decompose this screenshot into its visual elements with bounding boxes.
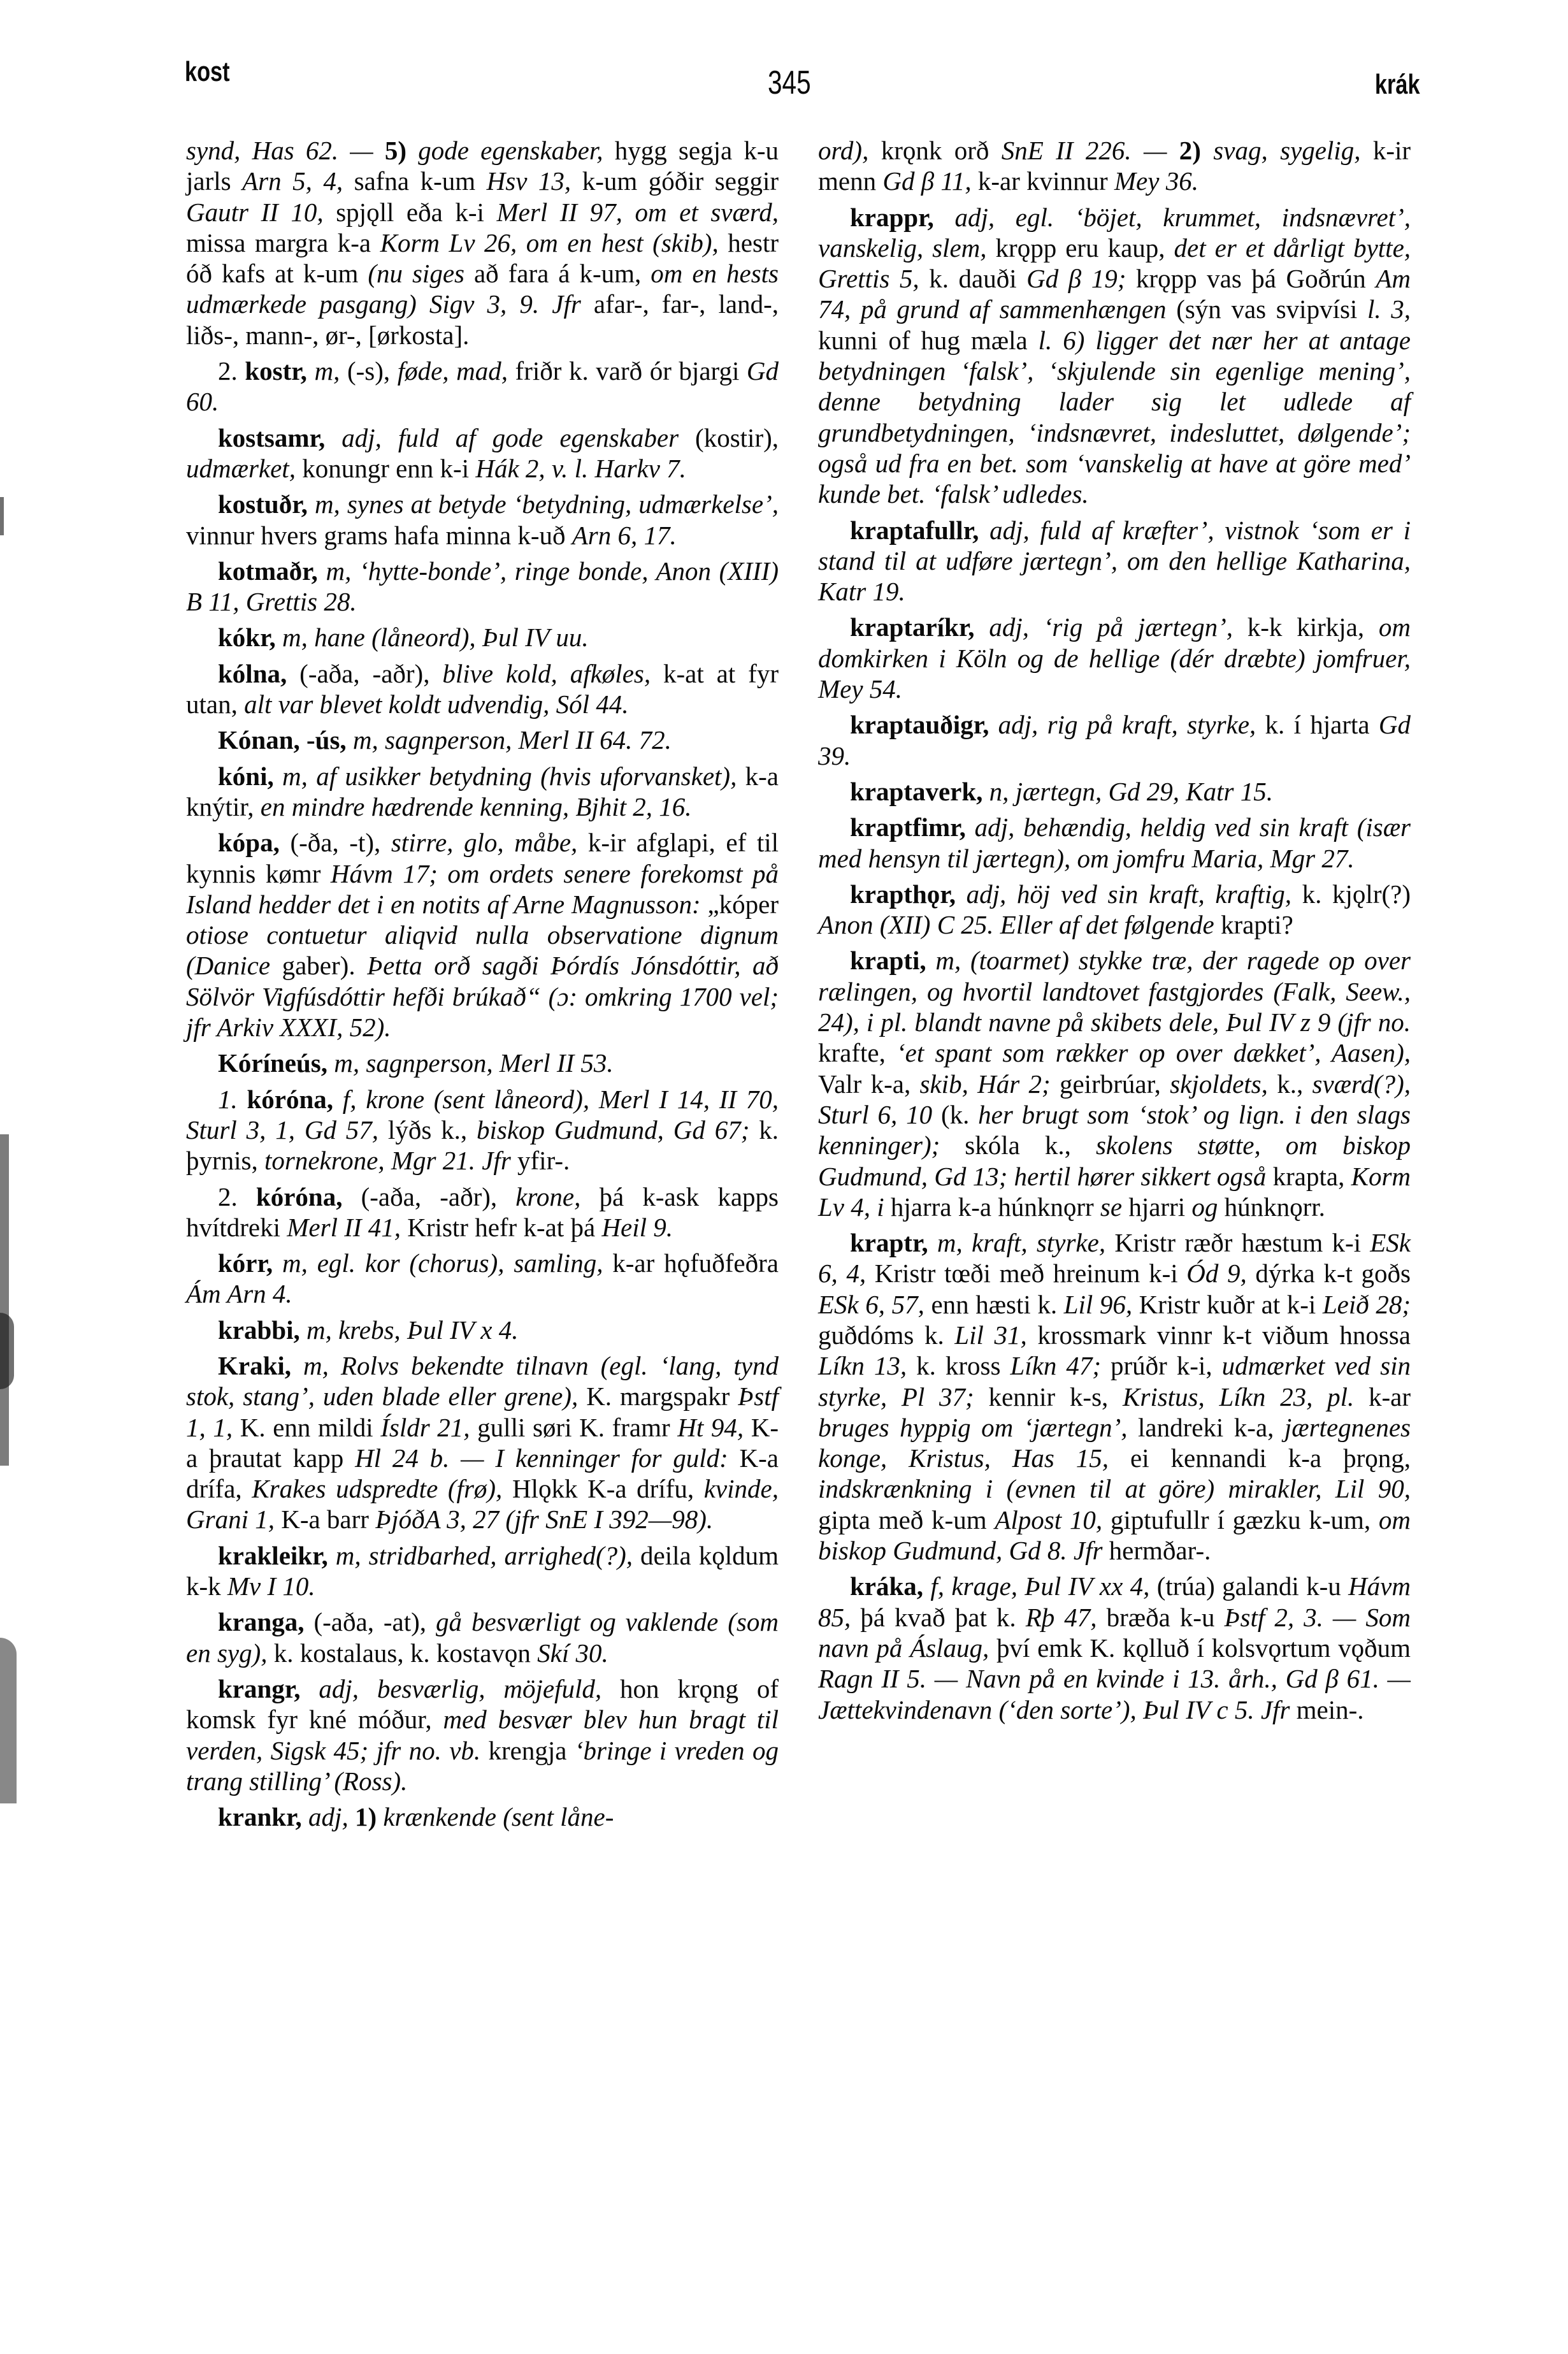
headword: kotmaðr, [218, 556, 318, 586]
gloss-text: Líkn 47; [1010, 1351, 1101, 1380]
gloss-text: Líkn 13, [818, 1351, 907, 1380]
dictionary-entry: kostuðr, m, synes at betyde ‘betydning, … [186, 489, 779, 551]
citation-text: k-k kirkja, [1233, 612, 1379, 642]
headword: kóróna, [256, 1182, 343, 1211]
gloss-text: Merl II 41, [287, 1213, 401, 1242]
citation-text: giptufullr í gæzku k-um, [1102, 1505, 1379, 1534]
gloss-text: se [1100, 1192, 1122, 1222]
citation-text: Kristr ræðr hæstum k-i [1105, 1228, 1370, 1257]
headword: kranga, [218, 1607, 305, 1636]
dictionary-entry: krappr, adj, egl. ‘böjet, krummet, indsn… [818, 202, 1411, 510]
dictionary-entry: krangr, adj, besværlig, möjefuld, hon kr… [186, 1673, 779, 1796]
citation-text: hermðar-. [1102, 1536, 1211, 1565]
gloss-text: Merl II 97, om et sværd, [497, 198, 779, 227]
citation-text: hjarra k-a húnknǫrr [884, 1192, 1100, 1222]
citation-text: k. kross [907, 1351, 1010, 1380]
gloss-text: blive kold, afkøles, [442, 659, 651, 688]
citation-text: k-ar hǫfuðfeðra [603, 1248, 779, 1278]
gloss-text: m, hane (låneord), Þul IV uu. [276, 623, 589, 652]
running-head-left-guideword: kost [185, 56, 230, 88]
dictionary-entry: kórr, m, egl. kor (chorus), samling, k-a… [186, 1248, 779, 1310]
gloss-text: m, synes at betyde ‘betydning, udmærkels… [308, 489, 779, 519]
dictionary-entry: kraptafullr, adj, fuld af kræfter’, vist… [818, 515, 1411, 607]
gloss-text: l. 3, [1367, 294, 1411, 324]
citation-text: bræða k-u [1097, 1603, 1225, 1632]
citation-text: Valr k-a, [818, 1069, 920, 1099]
dictionary-entry: kraptfimr, adj, behændig, heldig ved sin… [818, 812, 1411, 874]
citation-text: enn hæsti k. [924, 1290, 1064, 1319]
headword: Kónan, -ús, [218, 725, 347, 755]
citation-text: ei kennandi k-a þrǫng, [1109, 1443, 1411, 1473]
headword: kraptaverk, [850, 777, 982, 806]
headword: kostuðr, [218, 489, 308, 519]
dictionary-entry: Kraki, m, Rolvs bekendte tilnavn (egl. ‘… [186, 1350, 779, 1535]
gloss-text: n, jærtegn, Gd 29, Katr 15. [982, 777, 1273, 806]
citation-text: krǫpp vas þá Goðrún [1126, 264, 1376, 293]
dictionary-entry: 1. kóróna, f, krone (sent låneord), Merl… [186, 1084, 779, 1176]
citation-text: missa margra k-a [186, 228, 380, 257]
gloss-text: føde, mad, [398, 356, 508, 386]
dictionary-entry: krakleikr, m, stridbarhed, arrighed(?), … [186, 1540, 779, 1602]
gloss-text: m, af usikker betydning (hvis uforvanske… [274, 762, 737, 791]
citation-text: lýðs k., [378, 1115, 477, 1145]
gloss-text: stirre, glo, måbe, [391, 828, 577, 857]
gloss-text: krone, [515, 1182, 580, 1211]
citation-text: Kristr hefr k-at þá [401, 1213, 601, 1242]
gloss-text: Ám Arn 4. [186, 1279, 292, 1308]
gloss-text: Heil 9. [601, 1213, 673, 1242]
gloss-text: adj, rig på kraft, styrke, [989, 710, 1256, 739]
gloss-text: f, krage, Þul IV xx 4, [923, 1571, 1149, 1601]
citation-text: (k. [932, 1100, 978, 1129]
headword: kórr, [218, 1248, 273, 1278]
headword: 5) [385, 136, 418, 165]
citation-text: (sýn vas svipvísi [1167, 294, 1367, 324]
gloss-text: Ísldr 21, [380, 1413, 470, 1442]
gloss-text: bruges hyppig om ‘jærtegn’, [818, 1413, 1128, 1442]
citation-text: k. í hjarta [1256, 710, 1379, 739]
gloss-text: Kristus, Líkn 23, pl. [1123, 1382, 1354, 1412]
gloss-text: adj, ‘rig på jærtegn’, [975, 612, 1233, 642]
headword: kostsamr, [218, 423, 325, 452]
headword: krangr, [218, 1674, 301, 1703]
gloss-text: Gd β 11, [882, 166, 971, 196]
citation-text: k-um góðir seggir [571, 166, 779, 196]
dictionary-entry: kraptaríkr, adj, ‘rig på jærtegn’, k-k k… [818, 612, 1411, 704]
citation-text: krapti? [1214, 910, 1293, 939]
gloss-text: Arn 5, 4, [242, 166, 343, 196]
citation-text: krǫnk orð [868, 136, 1001, 165]
headword: kókr, [218, 623, 276, 652]
gloss-text: tornekrone, Mgr 21. Jfr [264, 1146, 511, 1175]
gloss-text: Rþ 47, [1026, 1603, 1097, 1632]
citation-text: (trúa) galandi k-u [1149, 1571, 1348, 1601]
citation-text: prúðr k-i, [1101, 1351, 1222, 1380]
gloss-text: m, sagnperson, Merl II 53. [327, 1048, 614, 1078]
headword: 2) [1167, 136, 1213, 165]
citation-text: (-s), [340, 356, 397, 386]
scan-edge-mark [0, 1134, 9, 1466]
citation-text: kunni of hug mæla [818, 326, 1039, 355]
citation-text: K-a barr [275, 1505, 375, 1534]
gloss-text: m, kraft, styrke, [928, 1228, 1105, 1257]
citation-text: krengja [480, 1736, 575, 1765]
dictionary-entry: 2. kostr, m, (-s), føde, mad, friðr k. v… [186, 356, 779, 417]
gloss-text: Gautr II 10, [186, 198, 324, 227]
gloss-text: Lil 96, [1064, 1290, 1132, 1319]
gloss-text: Gd β 19; [1026, 264, 1126, 293]
citation-text: K. margspakr [578, 1382, 738, 1411]
dictionary-entry: kraptaverk, n, jærtegn, Gd 29, Katr 15. [818, 776, 1411, 807]
gloss-text: adj, fuld af gode egenskaber [325, 423, 679, 452]
dictionary-entry: Kónan, -ús, m, sagnperson, Merl II 64. 7… [186, 725, 779, 755]
gloss-text: m, krebs, Þul IV x 4. [300, 1315, 519, 1345]
headword: Kóríneús, [218, 1048, 327, 1078]
citation-text: að fara á k-um, [464, 259, 651, 288]
gloss-text: Arn 6, 17. [572, 521, 677, 550]
gloss-text: Mey 36. [1114, 166, 1198, 196]
gloss-text: Korm Lv 26, om en hest (skib), [380, 228, 719, 257]
citation-text: þá kvað þat k. [851, 1603, 1025, 1632]
citation-text: k-ar [1354, 1382, 1411, 1412]
gloss-text: Krakes udspredte (frø), [252, 1474, 502, 1503]
citation-text: konungr enn k-i [296, 454, 475, 483]
gloss-text: Mv I 10. [227, 1571, 315, 1601]
scan-edge-mark [0, 1638, 17, 1803]
gloss-text: m, stridbarhed, arrighed(?), [328, 1541, 633, 1570]
dictionary-entry: kraptauðigr, adj, rig på kraft, styrke, … [818, 709, 1411, 771]
gloss-text: synd, Has 62. — [186, 136, 385, 165]
headword: kraptauðigr, [850, 710, 989, 739]
headword: kostr, [245, 356, 307, 386]
gloss-text: Hl 24 b. — I kenninger for guld: [355, 1443, 728, 1473]
dictionary-entry: kólna, (-aða, -aðr), blive kold, afkøles… [186, 658, 779, 720]
citation-text: því emk K. kǫlluð í kolsvǫrtum vǫðum [989, 1633, 1411, 1663]
citation-text: (kostir), [679, 423, 779, 452]
headword: krapthǫr, [850, 879, 956, 909]
dictionary-entry: kópa, (-ða, -t), stirre, glo, måbe, k-ir… [186, 827, 779, 1043]
gloss-text: skjoldets, [1170, 1069, 1268, 1099]
gloss-text: m, [307, 356, 340, 386]
headword: kraptaríkr, [850, 612, 975, 642]
running-head-right-guideword: krák [1375, 69, 1420, 101]
gloss-text: udmærket, [186, 454, 296, 483]
citation-text: Hlǫkk K-a drífu, [502, 1474, 703, 1503]
dictionary-column-right: ord), krǫnk orð SnE II 226. — 2) svag, s… [818, 135, 1411, 1725]
citation-text: skóla k., [940, 1130, 1096, 1160]
gloss-text: og [1191, 1192, 1218, 1222]
gloss-text: 1. [218, 1085, 247, 1114]
gloss-text: Hsv 13, [487, 166, 572, 196]
gloss-text: Ód 9, [1186, 1259, 1247, 1288]
gloss-text: ESk 6, 57, [818, 1290, 924, 1319]
citation-text: mein-. [1290, 1695, 1363, 1724]
gloss-text: krænkende (sent låne- [383, 1802, 614, 1831]
gloss-text: Leið 28; [1323, 1290, 1411, 1319]
dictionary-entry: kostsamr, adj, fuld af gode egenskaber (… [186, 422, 779, 484]
gloss-text: Skí 30. [537, 1638, 608, 1668]
dictionary-entry: 2. kóróna, (-aða, -aðr), krone, þá k-ask… [186, 1181, 779, 1243]
gloss-text: Hák 2, v. l. Harkv 7. [475, 454, 686, 483]
citation-text: „kóper [701, 890, 779, 919]
headword: krappr, [850, 203, 934, 232]
gloss-text: gode egenskaber, [418, 136, 603, 165]
dictionary-entry: krapti, m, (toarmet) stykke træ, der rag… [818, 945, 1411, 1222]
gloss-text: biskop Gudmund, Gd 67; [477, 1115, 749, 1145]
gloss-text: skib, Hár 2; [920, 1069, 1051, 1099]
dictionary-entry: krabbi, m, krebs, Þul IV x 4. [186, 1315, 779, 1345]
headword: kraptr, [850, 1228, 928, 1257]
dictionary-column-left: synd, Has 62. — 5) gode egenskaber, hygg… [186, 135, 779, 1832]
citation-text: vinnur hvers grams hafa minna k-uð [186, 521, 572, 550]
headword: 1) [349, 1802, 384, 1831]
headword: kólna, [218, 659, 287, 688]
headword: kráka, [850, 1571, 923, 1601]
citation-text: (-aða, -aðr), [342, 1182, 515, 1211]
headword: kópa, [218, 828, 280, 857]
citation-text: krapta, [1266, 1162, 1351, 1191]
headword: kóni, [218, 762, 274, 791]
headword: krakleikr, [218, 1541, 328, 1570]
citation-text: krossmark vinnr k-t viðum hnossa [1027, 1320, 1411, 1350]
gloss-text: en mindre hædrende kenning, Bjhit 2, 16. [261, 792, 692, 821]
citation-text: 2. [218, 356, 245, 386]
citation-text: k., [1268, 1069, 1313, 1099]
gloss-text: m, sagnperson, Merl II 64. 72. [347, 725, 672, 755]
citation-text: 2. [218, 1182, 256, 1211]
citation-text: Kristr tœði með hreinum k-i [866, 1259, 1186, 1288]
citation-text: landreki k-a, [1128, 1413, 1284, 1442]
citation-text: dýrka k-t goðs [1247, 1259, 1411, 1288]
dictionary-entry: kraptr, m, kraft, styrke, Kristr ræðr hæ… [818, 1227, 1411, 1566]
gloss-text: adj, höj ved sin kraft, kraftig, [956, 879, 1291, 909]
gloss-text: adj, besværlig, möjefuld, [301, 1674, 602, 1703]
citation-text: k. kjǫlr(?) [1291, 879, 1411, 909]
entry-continuation: synd, Has 62. — 5) gode egenskaber, hygg… [186, 135, 779, 350]
citation-text: yfir-. [511, 1146, 570, 1175]
dictionary-entry: kotmaðr, m, ‘hytte-bonde’, ringe bonde, … [186, 556, 779, 617]
gloss-text: SnE II 226. — [1002, 136, 1167, 165]
citation-text: hjarri [1122, 1192, 1191, 1222]
citation-text: gipta með k-um [818, 1505, 995, 1534]
citation-text: (-aða, -aðr), [287, 659, 442, 688]
gloss-text: svag, sygelig, [1213, 136, 1360, 165]
gloss-text: adj, [302, 1802, 349, 1831]
headword: krankr, [218, 1802, 302, 1831]
gloss-text: ord), [818, 136, 868, 165]
gloss-text: ‘et spant som rækker op over dækket’, Aa… [896, 1038, 1411, 1067]
citation-text: krafte, [818, 1038, 896, 1067]
gloss-text: Anon (XII) C 25. Eller af det følgende [818, 910, 1214, 939]
citation-text: (-aða, -at), [305, 1607, 436, 1636]
gloss-text: alt var blevet koldt udvendig, Sól 44. [244, 690, 628, 719]
dictionary-entry: krapthǫr, adj, höj ved sin kraft, krafti… [818, 879, 1411, 941]
headword: kraptafullr, [850, 516, 979, 545]
gloss-text: Lil 31, [954, 1320, 1026, 1350]
entry-continuation: ord), krǫnk orð SnE II 226. — 2) svag, s… [818, 135, 1411, 197]
citation-text: (-ða, -t), [280, 828, 391, 857]
gloss-text: (nu siges [368, 259, 464, 288]
citation-text: kennir k-s, [974, 1382, 1123, 1412]
citation-text: geirbrúar, [1051, 1069, 1170, 1099]
dictionary-entry: kóni, m, af usikker betydning (hvis ufor… [186, 761, 779, 823]
scan-edge-mark [0, 497, 4, 535]
citation-text: gulli søri K. framr [470, 1413, 678, 1442]
dictionary-entry: krankr, adj, 1) krænkende (sent låne- [186, 1802, 779, 1832]
citation-text: k. dauði [919, 264, 1026, 293]
citation-text: húnknǫrr. [1218, 1192, 1325, 1222]
dictionary-entry: kráka, f, krage, Þul IV xx 4, (trúa) gal… [818, 1571, 1411, 1724]
gloss-text: Alpost 10, [995, 1505, 1102, 1534]
gloss-text: Ht 94, [677, 1413, 744, 1442]
gloss-text: ÞjóðA 3, 27 (jfr SnE I 392—98). [375, 1505, 713, 1534]
citation-text: krǫpp eru kaup, [987, 233, 1174, 263]
dictionary-entry: kranga, (-aða, -at), gå besværligt og va… [186, 1607, 779, 1668]
headword: kóróna, [247, 1085, 334, 1114]
headword: kraptfimr, [850, 812, 966, 842]
citation-text: gaber). [270, 951, 367, 980]
citation-text: k-ar kvinnur [972, 166, 1114, 196]
headword: krapti, [850, 946, 926, 975]
gloss-text: indskrænkning i (evnen til at göre) mira… [818, 1474, 1411, 1503]
headword: Kraki, [218, 1351, 291, 1380]
dictionary-entry: kókr, m, hane (låneord), Þul IV uu. [186, 622, 779, 653]
citation-text: guðdóms k. [818, 1320, 954, 1350]
citation-text: K. enn mildi [233, 1413, 380, 1442]
citation-text: Kristr kuðr at k-i [1132, 1290, 1323, 1319]
headword: krabbi, [218, 1315, 300, 1345]
citation-text: spjǫll eða k-i [324, 198, 497, 227]
dictionary-entry: Kóríneús, m, sagnperson, Merl II 53. [186, 1048, 779, 1078]
gloss-text: m, egl. kor (chorus), samling, [273, 1248, 603, 1278]
scan-edge-mark [0, 1313, 14, 1389]
citation-text: safna k-um [343, 166, 487, 196]
citation-text: k. kostalaus, k. kostavǫn [268, 1638, 538, 1668]
page-number: 345 [768, 64, 811, 102]
citation-text: friðr k. varð ór bjargi [508, 356, 747, 386]
